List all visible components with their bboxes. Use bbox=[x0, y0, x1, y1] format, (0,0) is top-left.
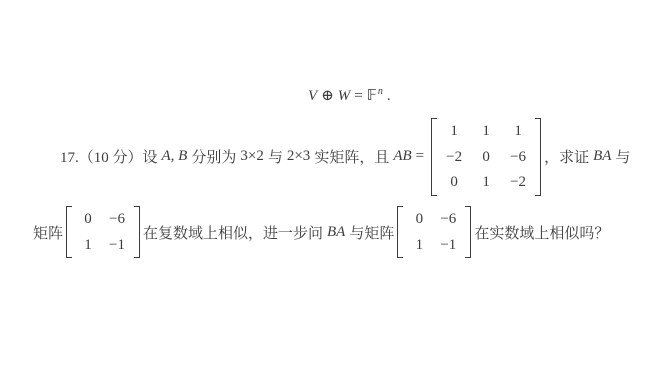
matrix-cell: 1 bbox=[510, 123, 526, 140]
matrix-cell: −2 bbox=[446, 149, 462, 166]
text-qiuzheng: ，求证 bbox=[544, 146, 589, 167]
matrix-ab-grid: 1 1 1 −2 0 −6 0 1 −2 bbox=[437, 118, 535, 196]
matrix-cell: 0 bbox=[412, 211, 426, 228]
text-yu-2: 与 bbox=[615, 146, 630, 167]
oplus-symbol: ⊕ bbox=[321, 86, 334, 105]
matrix-cell: 0 bbox=[479, 149, 493, 166]
dimension-3x2: 3×2 bbox=[240, 148, 263, 165]
text-juzhen: 矩阵 bbox=[33, 222, 63, 243]
equals-sign: = bbox=[416, 148, 424, 165]
matrix-cell: −1 bbox=[440, 237, 456, 254]
right-bracket bbox=[465, 206, 471, 258]
superscript-n: n bbox=[378, 86, 383, 97]
question-17-line: 17.（10 分）设 A, B 分别为 3×2 与 2×3 实矩阵，且 AB =… bbox=[60, 118, 630, 196]
right-bracket bbox=[134, 206, 140, 258]
matrix-c-grid: 0 −6 1 −1 bbox=[403, 206, 465, 258]
equals-sign: = bbox=[354, 88, 362, 105]
dimension-2x3: 2×3 bbox=[287, 148, 310, 165]
formula-var-w: W bbox=[338, 88, 351, 105]
matrix-cell: 1 bbox=[446, 123, 462, 140]
matrix-cell: −6 bbox=[440, 211, 456, 228]
text-shijuzhen: 实矩阵，且 bbox=[314, 146, 389, 167]
matrix-ab: 1 1 1 −2 0 −6 0 1 −2 bbox=[431, 118, 541, 196]
question-number-and-points: 17.（10 分）设 bbox=[60, 146, 158, 167]
matrix-c-first: 0 −6 1 −1 bbox=[66, 206, 140, 258]
matrix-cell: 1 bbox=[479, 174, 493, 191]
matrix-cell: 1 bbox=[412, 237, 426, 254]
double-struck-f: 𝔽 bbox=[367, 86, 377, 104]
matrix-cell: 1 bbox=[479, 123, 493, 140]
matrix-c-grid: 0 −6 1 −1 bbox=[72, 206, 134, 258]
text-complex-similar: 在复数域上相似，进一步问 bbox=[143, 222, 323, 243]
text-real-similar-question: 在实数域上相似吗？ bbox=[474, 222, 609, 243]
matrix-c-second: 0 −6 1 −1 bbox=[397, 206, 471, 258]
question-17-line-2: 矩阵 0 −6 1 −1 在复数域上相似，进一步问 BA 与矩阵 0 −6 1 … bbox=[33, 206, 609, 258]
right-bracket bbox=[535, 118, 541, 196]
text-yu: 与 bbox=[268, 146, 283, 167]
formula-var-v: V bbox=[308, 88, 317, 105]
matrix-cell: −1 bbox=[109, 237, 125, 254]
var-ba-2: BA bbox=[327, 224, 345, 241]
vars-a-b: A, B bbox=[162, 148, 188, 165]
var-ba: BA bbox=[593, 148, 611, 165]
field-symbol: 𝔽n bbox=[367, 86, 383, 105]
matrix-cell: −6 bbox=[510, 149, 526, 166]
document-page: V ⊕ W = 𝔽n . 17.（10 分）设 A, B 分别为 3×2 与 2… bbox=[0, 0, 662, 371]
formula-direct-sum: V ⊕ W = 𝔽n . bbox=[308, 86, 391, 105]
formula-period: . bbox=[387, 88, 391, 105]
text-fenbiewei: 分别为 bbox=[191, 146, 236, 167]
matrix-cell: 0 bbox=[446, 174, 462, 191]
matrix-cell: 0 bbox=[81, 211, 95, 228]
matrix-cell: −6 bbox=[109, 211, 125, 228]
text-yu-juzhen: 与矩阵 bbox=[349, 222, 394, 243]
matrix-cell: 1 bbox=[81, 237, 95, 254]
matrix-cell: −2 bbox=[510, 174, 526, 191]
var-ab: AB bbox=[393, 148, 411, 165]
